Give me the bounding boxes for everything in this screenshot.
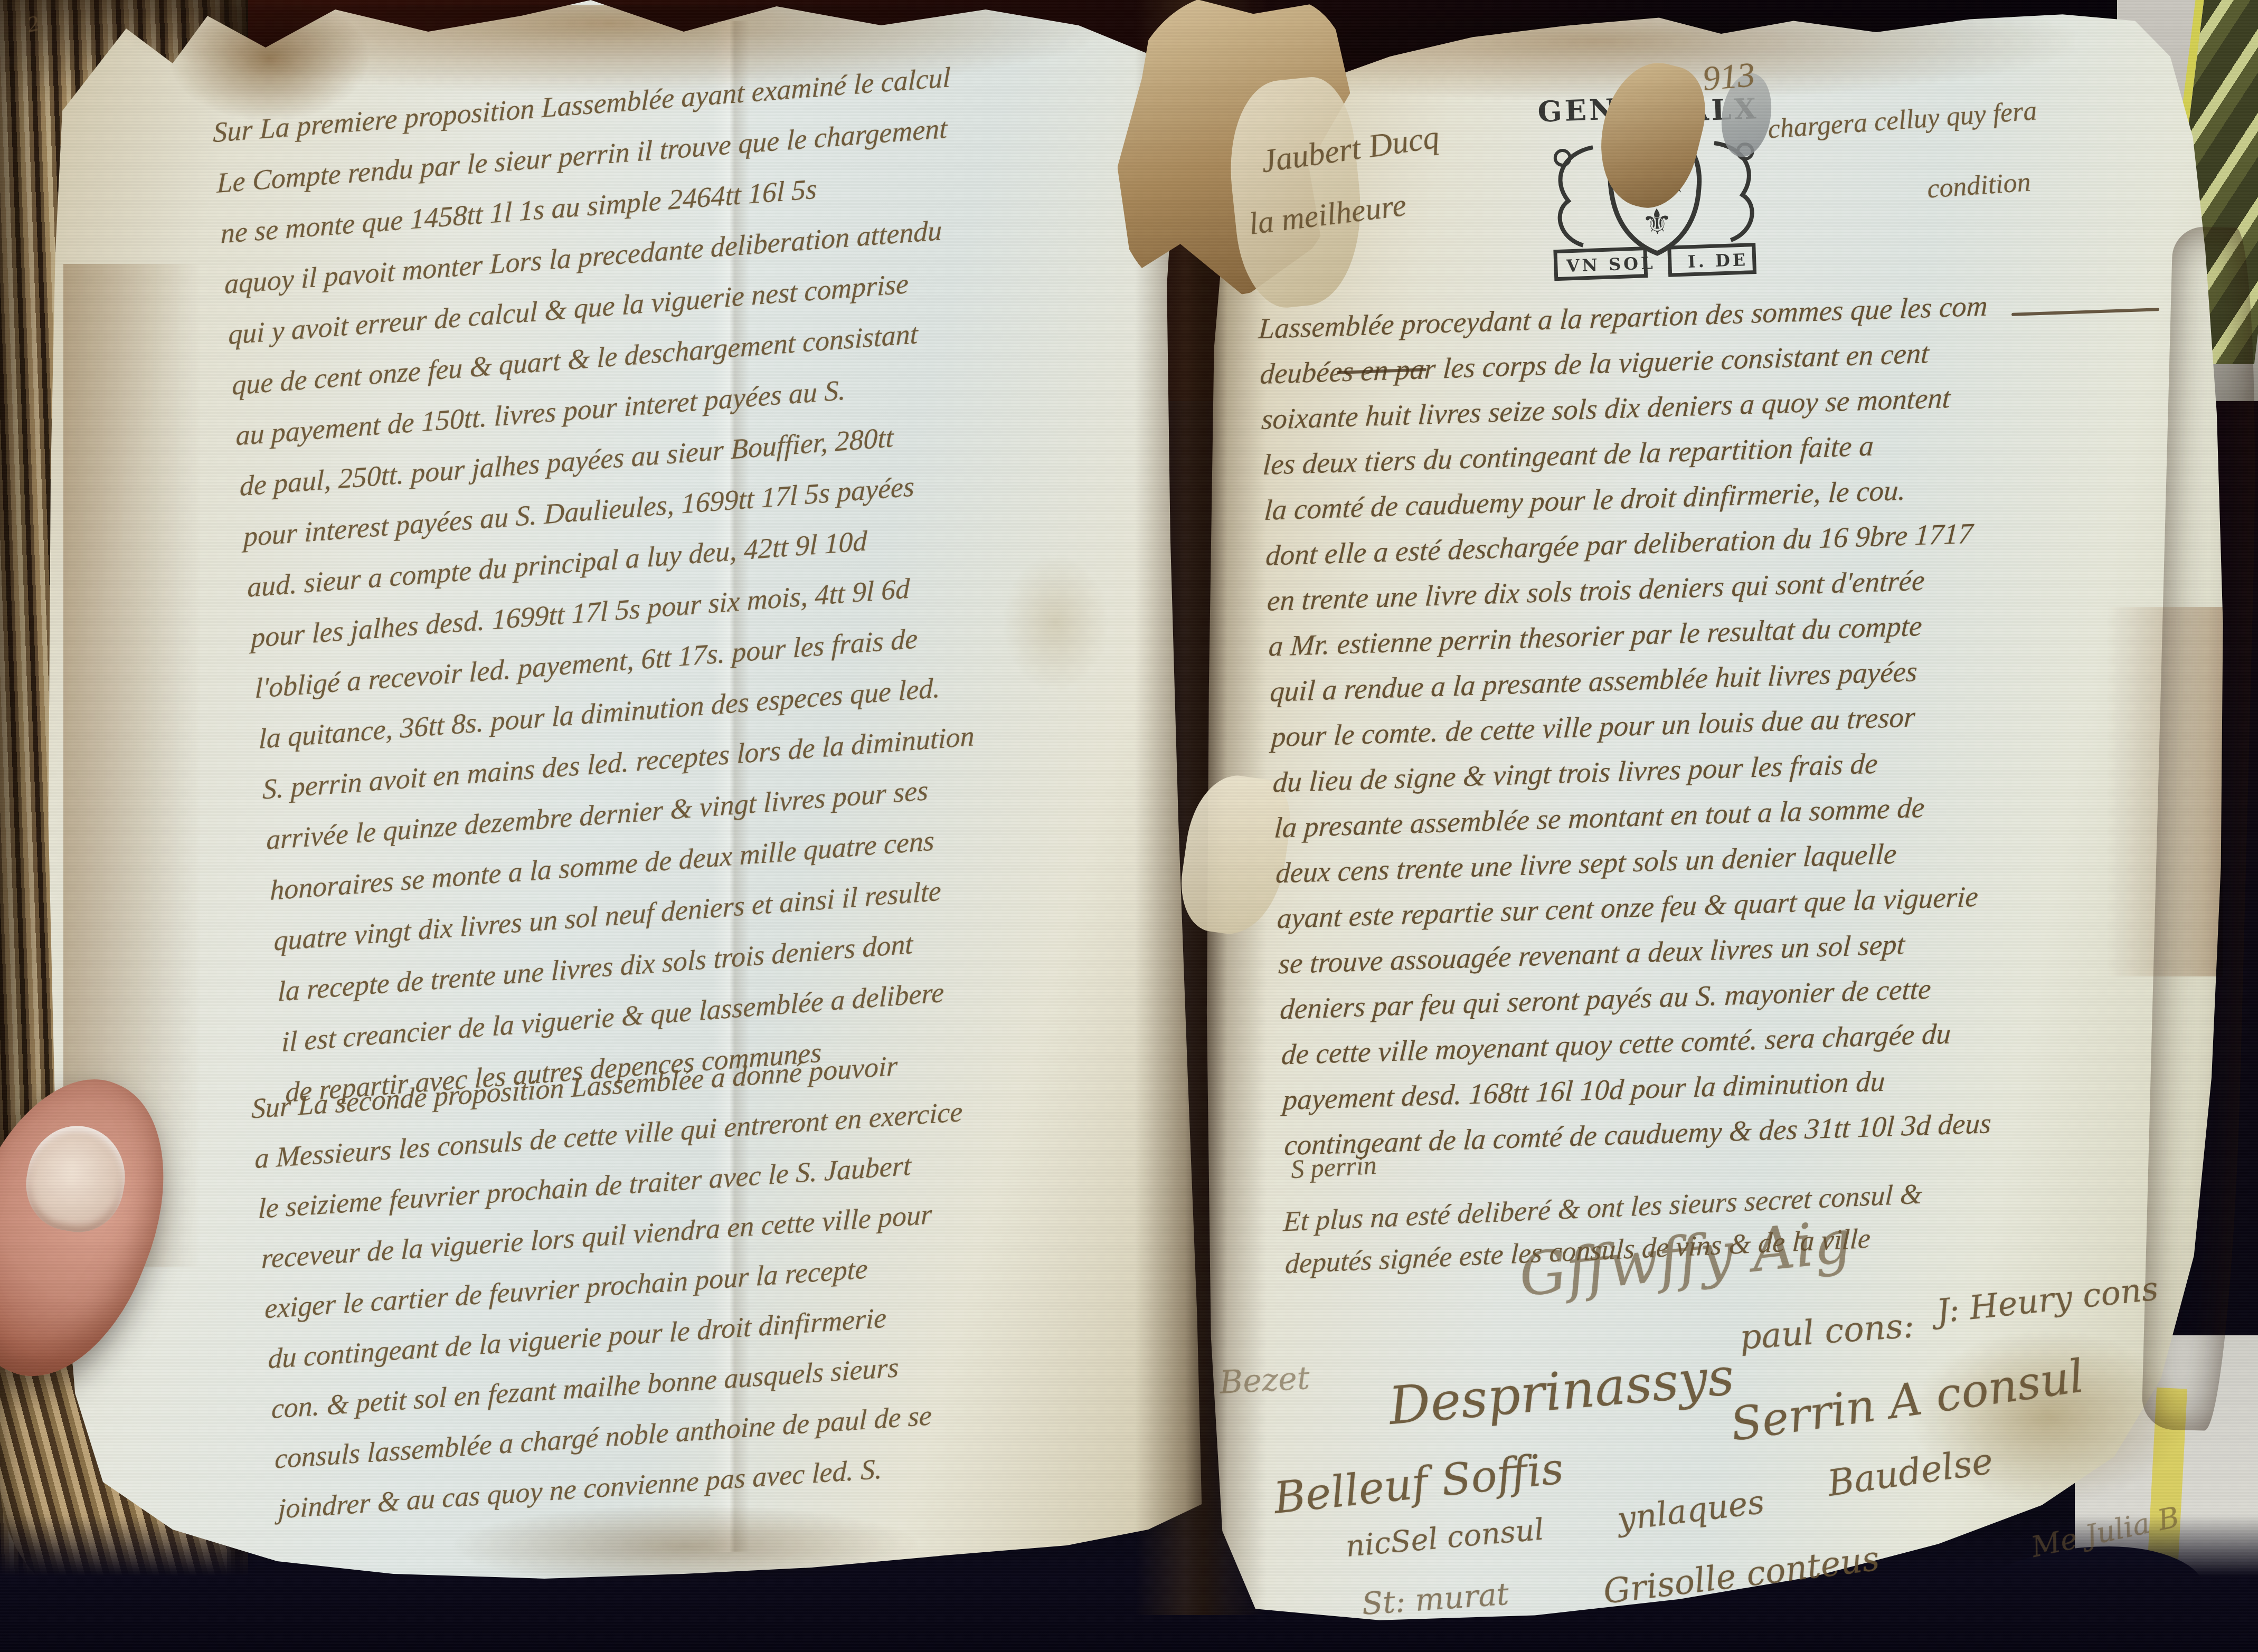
stain <box>2106 607 2223 976</box>
left-page-paragraph-1: Sur La premiere proposition Lassemblée a… <box>211 52 1025 1118</box>
svg-text:I. DE: I. DE <box>1687 250 1749 272</box>
manuscript-photo-scene: GEN DALX ⚜ ⚜ ⚜ VN SOL I. DE 913 2 Jauber… <box>0 0 2258 1652</box>
highlight <box>1003 554 1109 691</box>
page-number: 913 <box>1701 55 1756 99</box>
left-page-paragraph-2: Sur La seconde proposition Lassemblée a … <box>250 1037 987 1534</box>
svg-text:VN SOL: VN SOL <box>1565 253 1656 276</box>
signature: Bezet <box>1218 1360 1310 1401</box>
thumbnail <box>18 1118 133 1239</box>
right-page-paragraph: Lassemblée proceydant a la repartion des… <box>1258 283 2014 1169</box>
manuscript-line: S perrin <box>1290 1150 1377 1184</box>
